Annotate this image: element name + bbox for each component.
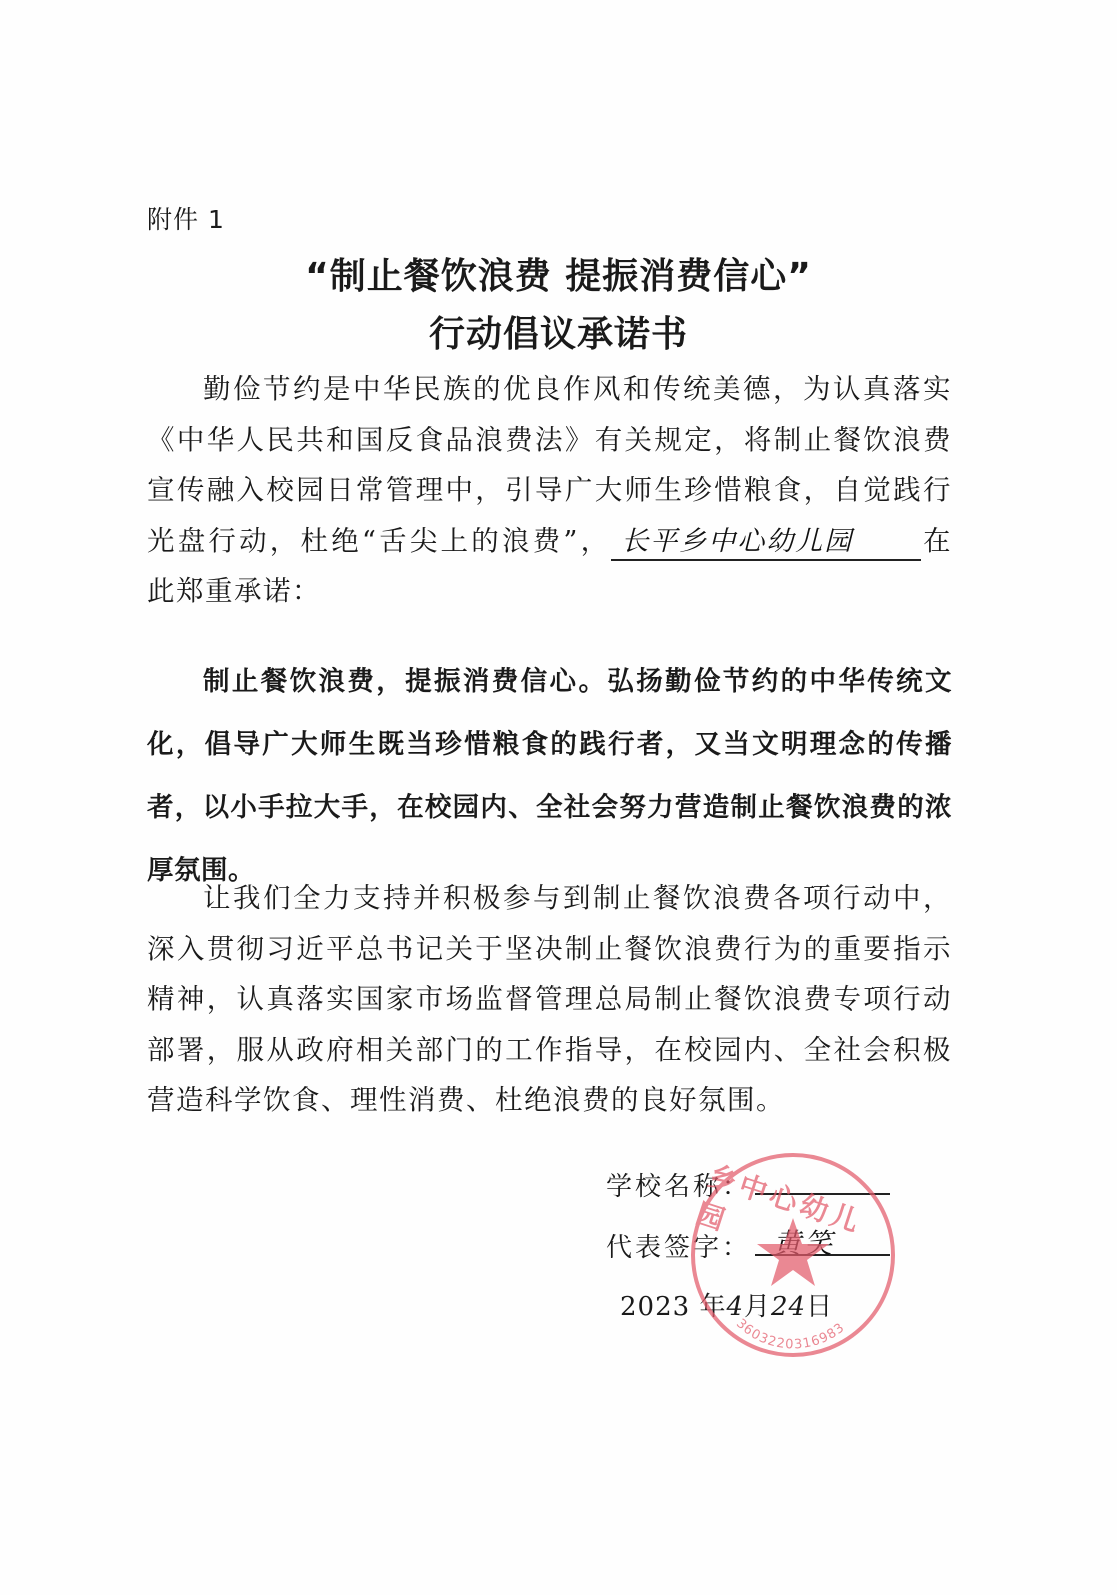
school-name-label: 学校名称：	[606, 1172, 751, 1202]
representative-signature: 黄笑	[773, 1222, 835, 1262]
representative-line: 黄笑	[755, 1230, 890, 1256]
date-day: 24	[771, 1292, 806, 1322]
school-name-fill: 长平乡中心幼儿园	[611, 525, 921, 561]
date-year: 2023	[620, 1292, 690, 1322]
school-name-line	[755, 1169, 890, 1195]
representative-field: 代表签字：黄笑	[606, 1227, 890, 1264]
attachment-label: 附件 1	[147, 200, 225, 236]
date-field: 2023 年4月24日	[620, 1286, 833, 1323]
paragraph-commitment: 制止餐饮浪费，提振消费信心。弘扬勤俭节约的中华传统文化，倡导广大师生既当珍惜粮食…	[147, 650, 952, 902]
date-day-unit: 日	[806, 1292, 833, 1322]
date-month: 4	[726, 1292, 744, 1322]
paragraph-action: 让我们全力支持并积极参与到制止餐饮浪费各项行动中，深入贯彻习近平总书记关于坚决制…	[147, 873, 952, 1126]
date-year-unit: 年	[699, 1292, 726, 1322]
document-title-line1: “制止餐饮浪费 提振消费信心”	[0, 248, 1117, 299]
document-page: 附件 1 “制止餐饮浪费 提振消费信心” 行动倡议承诺书 勤俭节约是中华民族的优…	[0, 0, 1117, 1595]
school-name-field: 学校名称：	[606, 1166, 890, 1203]
representative-label: 代表签字：	[606, 1233, 751, 1263]
date-month-unit: 月	[744, 1292, 771, 1322]
paragraph-intro: 勤俭节约是中华民族的优良作风和传统美德，为认真落实《中华人民共和国反食品浪费法》…	[147, 364, 952, 617]
document-title-line2: 行动倡议承诺书	[0, 306, 1117, 357]
